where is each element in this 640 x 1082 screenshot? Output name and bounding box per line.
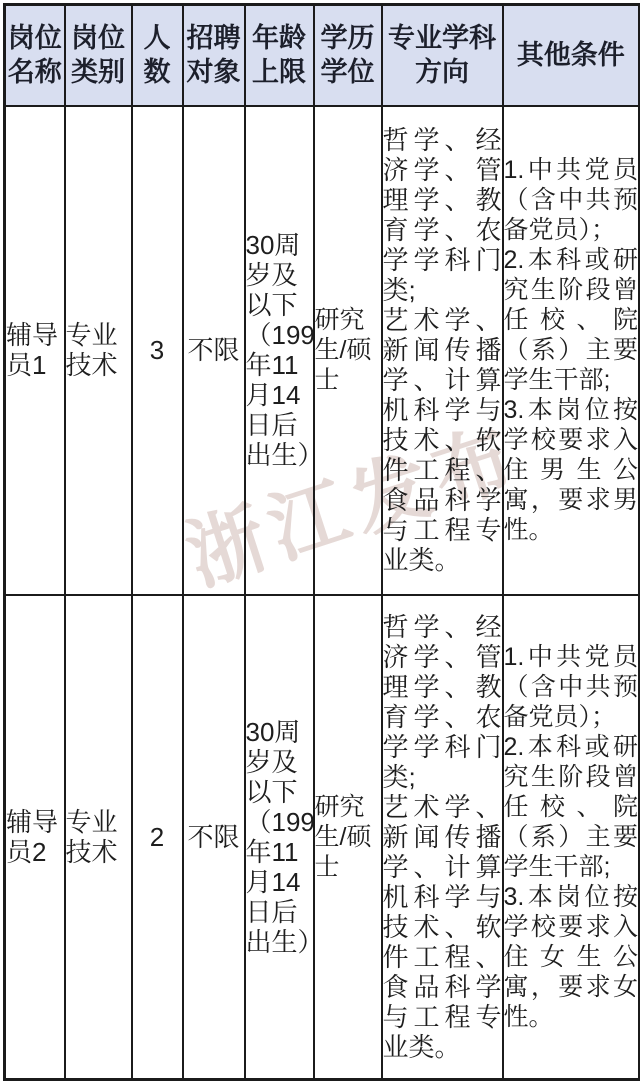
col-header-category: 岗位类别 <box>65 5 132 106</box>
col-header-majors: 专业学科方向 <box>382 5 503 106</box>
page: 浙江发布 岗位名称 岗位类别 人数 招聘对象 年龄上限 学历学位 专业学科方向 … <box>0 0 640 1082</box>
cell-r1-degree: 研究生/硕士 <box>314 106 382 595</box>
cell-r2-majors: 哲学、经济学、管理学、教育学、农学学科门类; 艺术学、新闻传播学、计算机科学与技… <box>382 595 503 1080</box>
cell-r1-majors: 哲学、经济学、管理学、教育学、农学学科门类; 艺术学、新闻传播学、计算机科学与技… <box>382 106 503 595</box>
cell-r2-target: 不限 <box>183 595 245 1080</box>
cell-r2-other: 1.中共党员（含中共预备党员）； 2.本科或研究生阶段曾任校、院（系）主要学生干… <box>503 595 640 1080</box>
cell-r1-other: 1.中共党员（含中共预备党员）； 2.本科或研究生阶段曾任校、院（系）主要学生干… <box>503 106 640 595</box>
table-header-row: 岗位名称 岗位类别 人数 招聘对象 年龄上限 学历学位 专业学科方向 其他条件 <box>5 5 640 106</box>
col-header-headcount: 人数 <box>132 5 183 106</box>
cell-r2-degree: 研究生/硕士 <box>314 595 382 1080</box>
cell-r1-headcount: 3 <box>132 106 183 595</box>
table-row-counselor-2: 辅导员2 专业技术 2 不限 30周岁及以下（1991年11月14日后出生） 研… <box>5 595 640 1080</box>
cell-r1-post-name: 辅导员1 <box>5 106 65 595</box>
cell-r2-age-limit: 30周岁及以下（1991年11月14日后出生） <box>245 595 314 1080</box>
cell-r1-target: 不限 <box>183 106 245 595</box>
col-header-degree: 学历学位 <box>314 5 382 106</box>
cell-r2-category: 专业技术 <box>65 595 132 1080</box>
cell-r2-post-name: 辅导员2 <box>5 595 65 1080</box>
cell-r2-headcount: 2 <box>132 595 183 1080</box>
table-row-counselor-1: 辅导员1 专业技术 3 不限 30周岁及以下（1991年11月14日后出生） 研… <box>5 106 640 595</box>
col-header-age-limit: 年龄上限 <box>245 5 314 106</box>
col-header-target: 招聘对象 <box>183 5 245 106</box>
cell-r1-age-limit: 30周岁及以下（1991年11月14日后出生） <box>245 106 314 595</box>
recruitment-table: 岗位名称 岗位类别 人数 招聘对象 年龄上限 学历学位 专业学科方向 其他条件 … <box>3 3 640 1081</box>
cell-r1-category: 专业技术 <box>65 106 132 595</box>
col-header-post-name: 岗位名称 <box>5 5 65 106</box>
col-header-other: 其他条件 <box>503 5 640 106</box>
